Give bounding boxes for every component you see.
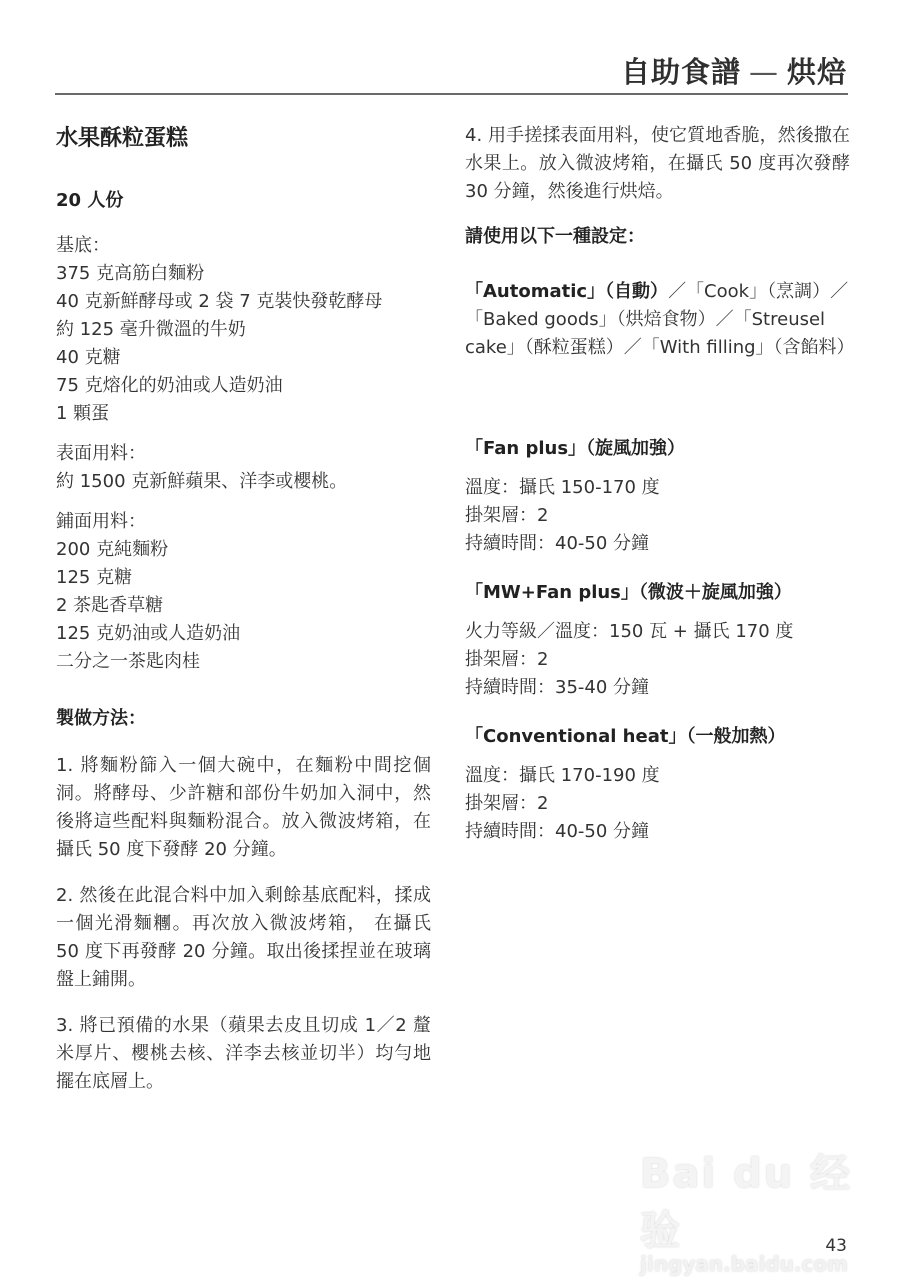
page-number: 43 [825, 1236, 847, 1256]
settings-heading: 請使用以下一種設定： [465, 224, 850, 250]
ingredients-crumble: 鋪面用料： 200 克純麵粉 125 克糖 2 茶匙香草糖 125 克奶油或人造… [56, 508, 431, 676]
ingredient-item: 2 茶匙香草糖 [56, 592, 431, 620]
ingredient-item: 125 克糖 [56, 564, 431, 592]
servings: 20 人份 [56, 188, 431, 214]
ingredient-item: 二分之一茶匙肉桂 [56, 648, 431, 676]
header-dash: — [749, 55, 779, 89]
recipe-title: 水果酥粒蛋糕 [56, 124, 431, 154]
ingredients-base-label: 基底： [56, 232, 431, 260]
header-divider [55, 93, 848, 95]
automatic-program-path: 「Automatic」（自動）／「Cook」（烹調）／「Baked goods」… [465, 278, 850, 362]
mode-temperature: 溫度：攝氏 170-190 度 [465, 762, 850, 790]
method-step-2: 2. 然後在此混合料中加入剩餘基底配料，揉成一個光滑麵糰。再次放入微波烤箱， 在… [56, 882, 431, 994]
method-step-4: 4. 用手搓揉表面用料，使它質地香脆，然後撒在水果上。放入微波烤箱，在攝氏 50… [465, 122, 850, 206]
mode-duration: 持續時間：35-40 分鐘 [465, 674, 850, 702]
mode-shelf-level: 掛架層：2 [465, 646, 850, 674]
ingredient-item: 375 克高筋白麵粉 [56, 260, 431, 288]
ingredients-crumble-label: 鋪面用料： [56, 508, 431, 536]
ingredient-item: 約 125 毫升微溫的牛奶 [56, 316, 431, 344]
ingredient-item: 125 克奶油或人造奶油 [56, 620, 431, 648]
baidu-watermark: Bai du 经验 jingyan.baidu.com [640, 1142, 860, 1242]
mode-temperature: 溫度：攝氏 150-170 度 [465, 474, 850, 502]
ingredient-item: 40 克新鮮酵母或 2 袋 7 克裝快發乾酵母 [56, 288, 431, 316]
mode-title: 「Conventional heat」（一般加熱） [465, 724, 850, 750]
automatic-program-label: 「Automatic」（自動） [465, 281, 668, 302]
ingredients-base: 基底： 375 克高筋白麵粉 40 克新鮮酵母或 2 袋 7 克裝快發乾酵母 約… [56, 232, 431, 428]
ingredient-item: 200 克純麵粉 [56, 536, 431, 564]
ingredient-item: 約 1500 克新鮮蘋果、洋李或櫻桃。 [56, 468, 431, 496]
method-heading: 製做方法： [56, 706, 431, 732]
mode-mw-fan-plus: 「MW+Fan plus」（微波＋旋風加強） 火力等級／溫度：150 瓦 + 攝… [465, 580, 850, 702]
method-step-3: 3. 將已預備的水果（蘋果去皮且切成 1／2 釐米厚片、櫻桃去核、洋李去核並切半… [56, 1012, 431, 1096]
mode-title: 「Fan plus」（旋風加強） [465, 436, 850, 462]
mode-power-temperature: 火力等級／溫度：150 瓦 + 攝氏 170 度 [465, 618, 850, 646]
ingredient-item: 75 克熔化的奶油或人造奶油 [56, 372, 431, 400]
mode-conventional-heat: 「Conventional heat」（一般加熱） 溫度：攝氏 170-190 … [465, 724, 850, 846]
ingredients-topping-label: 表面用料： [56, 440, 431, 468]
method-step-1: 1. 將麵粉篩入一個大碗中，在麵粉中間挖個洞。將酵母、少許糖和部份牛奶加入洞中，… [56, 752, 431, 864]
mode-shelf-level: 掛架層：2 [465, 502, 850, 530]
mode-title: 「MW+Fan plus」（微波＋旋風加強） [465, 580, 850, 606]
page-header-title: 自助食譜—烘焙 [621, 50, 847, 91]
mode-duration: 持續時間：40-50 分鐘 [465, 818, 850, 846]
ingredients-topping: 表面用料： 約 1500 克新鮮蘋果、洋李或櫻桃。 [56, 440, 431, 496]
ingredient-item: 40 克糖 [56, 344, 431, 372]
ingredient-item: 1 顆蛋 [56, 400, 431, 428]
header-title-main: 自助食譜 [621, 55, 741, 89]
mode-fan-plus: 「Fan plus」（旋風加強） 溫度：攝氏 150-170 度 掛架層：2 持… [465, 436, 850, 558]
right-column: 4. 用手搓揉表面用料，使它質地香脆，然後撒在水果上。放入微波烤箱，在攝氏 50… [465, 122, 850, 846]
mode-shelf-level: 掛架層：2 [465, 790, 850, 818]
mode-duration: 持續時間：40-50 分鐘 [465, 530, 850, 558]
header-title-sub: 烘焙 [787, 55, 847, 89]
left-column: 水果酥粒蛋糕 20 人份 基底： 375 克高筋白麵粉 40 克新鮮酵母或 2 … [56, 122, 431, 1114]
